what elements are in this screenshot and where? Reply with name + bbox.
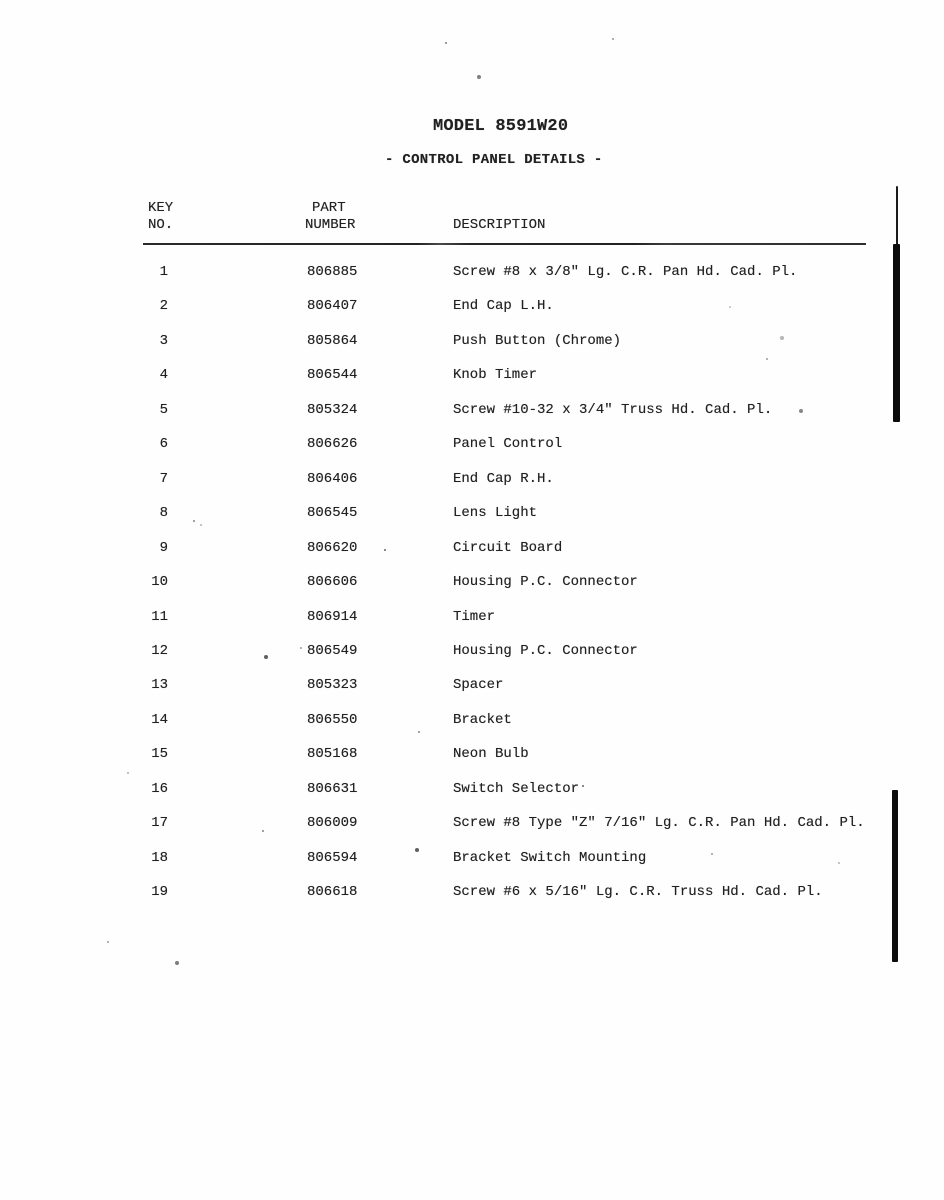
table-row: 6806626Panel Control — [0, 435, 944, 454]
column-header-part-line2: NUMBER — [305, 217, 355, 234]
part-number-cell: 806550 — [307, 711, 357, 729]
description-cell: Lens Light — [453, 504, 537, 522]
key-no-cell: 14 — [140, 711, 168, 729]
table-row: 18806594Bracket Switch Mounting — [0, 849, 944, 868]
description-cell: Push Button (Chrome) — [453, 332, 621, 350]
column-header-key-no: KEY NO. — [148, 200, 173, 234]
description-cell: Timer — [453, 608, 495, 626]
scan-artifact-line-top — [896, 186, 898, 246]
key-no-cell: 1 — [140, 263, 168, 281]
description-cell: Panel Control — [453, 435, 562, 453]
part-number-cell: 806620 — [307, 539, 357, 557]
column-header-description: DESCRIPTION — [453, 217, 545, 234]
part-number-cell: 806626 — [307, 435, 357, 453]
table-row: 17806009Screw #8 Type "Z" 7/16" Lg. C.R.… — [0, 814, 944, 833]
key-no-cell: 3 — [140, 332, 168, 350]
description-cell: End Cap R.H. — [453, 470, 554, 488]
part-number-cell: 806606 — [307, 573, 357, 591]
table-row: 2806407End Cap L.H. — [0, 297, 944, 316]
part-number-cell: 806914 — [307, 608, 357, 626]
description-cell: Screw #6 x 5/16" Lg. C.R. Truss Hd. Cad.… — [453, 883, 823, 901]
table-row: 7806406End Cap R.H. — [0, 470, 944, 489]
document-subtitle: - CONTROL PANEL DETAILS - — [385, 151, 603, 169]
description-cell: Spacer — [453, 676, 503, 694]
header-divider-rule — [143, 243, 866, 245]
part-number-cell: 805168 — [307, 745, 357, 763]
description-cell: Bracket Switch Mounting — [453, 849, 646, 867]
key-no-cell: 9 — [140, 539, 168, 557]
scan-artifact-bar-lower — [892, 790, 898, 962]
description-cell: Screw #8 Type "Z" 7/16" Lg. C.R. Pan Hd.… — [453, 814, 865, 832]
scan-artifact-bar-upper — [893, 244, 900, 422]
column-header-key-line2: NO. — [148, 217, 173, 234]
part-number-cell: 806545 — [307, 504, 357, 522]
table-row: 15805168Neon Bulb — [0, 745, 944, 764]
table-row: 14806550Bracket — [0, 711, 944, 730]
part-number-cell: 805324 — [307, 401, 357, 419]
description-cell: Switch Selector — [453, 780, 579, 798]
description-cell: End Cap L.H. — [453, 297, 554, 315]
table-row: 5805324Screw #10-32 x 3/4" Truss Hd. Cad… — [0, 401, 944, 420]
table-row: 8806545Lens Light — [0, 504, 944, 523]
table-row: 13805323Spacer — [0, 676, 944, 695]
key-no-cell: 4 — [140, 366, 168, 384]
description-cell: Housing P.C. Connector — [453, 573, 638, 591]
column-header-part-line1: PART — [305, 200, 355, 217]
part-number-cell: 805323 — [307, 676, 357, 694]
key-no-cell: 15 — [140, 745, 168, 763]
key-no-cell: 2 — [140, 297, 168, 315]
key-no-cell: 18 — [140, 849, 168, 867]
key-no-cell: 10 — [140, 573, 168, 591]
part-number-cell: 806549 — [307, 642, 357, 660]
document-title: MODEL 8591W20 — [433, 116, 568, 137]
part-number-cell: 806009 — [307, 814, 357, 832]
table-row: 3805864Push Button (Chrome) — [0, 332, 944, 351]
part-number-cell: 805864 — [307, 332, 357, 350]
description-cell: Circuit Board — [453, 539, 562, 557]
table-row: 16806631Switch Selector — [0, 780, 944, 799]
key-no-cell: 8 — [140, 504, 168, 522]
part-number-cell: 806618 — [307, 883, 357, 901]
key-no-cell: 6 — [140, 435, 168, 453]
table-row: 9806620Circuit Board — [0, 539, 944, 558]
part-number-cell: 806594 — [307, 849, 357, 867]
key-no-cell: 17 — [140, 814, 168, 832]
key-no-cell: 19 — [140, 883, 168, 901]
column-header-part-number: PART NUMBER — [305, 200, 355, 234]
key-no-cell: 11 — [140, 608, 168, 626]
column-header-key-line1: KEY — [148, 200, 173, 217]
description-cell: Screw #8 x 3/8" Lg. C.R. Pan Hd. Cad. Pl… — [453, 263, 797, 281]
part-number-cell: 806885 — [307, 263, 357, 281]
scan-noise-specks — [0, 0, 2, 2]
description-cell: Knob Timer — [453, 366, 537, 384]
part-number-cell: 806631 — [307, 780, 357, 798]
scanned-parts-list-page: MODEL 8591W20 - CONTROL PANEL DETAILS - … — [0, 0, 944, 1200]
part-number-cell: 806406 — [307, 470, 357, 488]
description-cell: Bracket — [453, 711, 512, 729]
table-row: 19806618Screw #6 x 5/16" Lg. C.R. Truss … — [0, 883, 944, 902]
table-row: 11806914Timer — [0, 608, 944, 627]
description-cell: Neon Bulb — [453, 745, 529, 763]
table-row: 4806544Knob Timer — [0, 366, 944, 385]
column-header-description-label: DESCRIPTION — [453, 217, 545, 234]
part-number-cell: 806544 — [307, 366, 357, 384]
description-cell: Housing P.C. Connector — [453, 642, 638, 660]
table-row: 10806606Housing P.C. Connector — [0, 573, 944, 592]
key-no-cell: 5 — [140, 401, 168, 419]
description-cell: Screw #10-32 x 3/4" Truss Hd. Cad. Pl. — [453, 401, 772, 419]
key-no-cell: 13 — [140, 676, 168, 694]
key-no-cell: 7 — [140, 470, 168, 488]
key-no-cell: 12 — [140, 642, 168, 660]
table-row: 1806885Screw #8 x 3/8" Lg. C.R. Pan Hd. … — [0, 263, 944, 282]
key-no-cell: 16 — [140, 780, 168, 798]
part-number-cell: 806407 — [307, 297, 357, 315]
table-row: 12806549Housing P.C. Connector — [0, 642, 944, 661]
